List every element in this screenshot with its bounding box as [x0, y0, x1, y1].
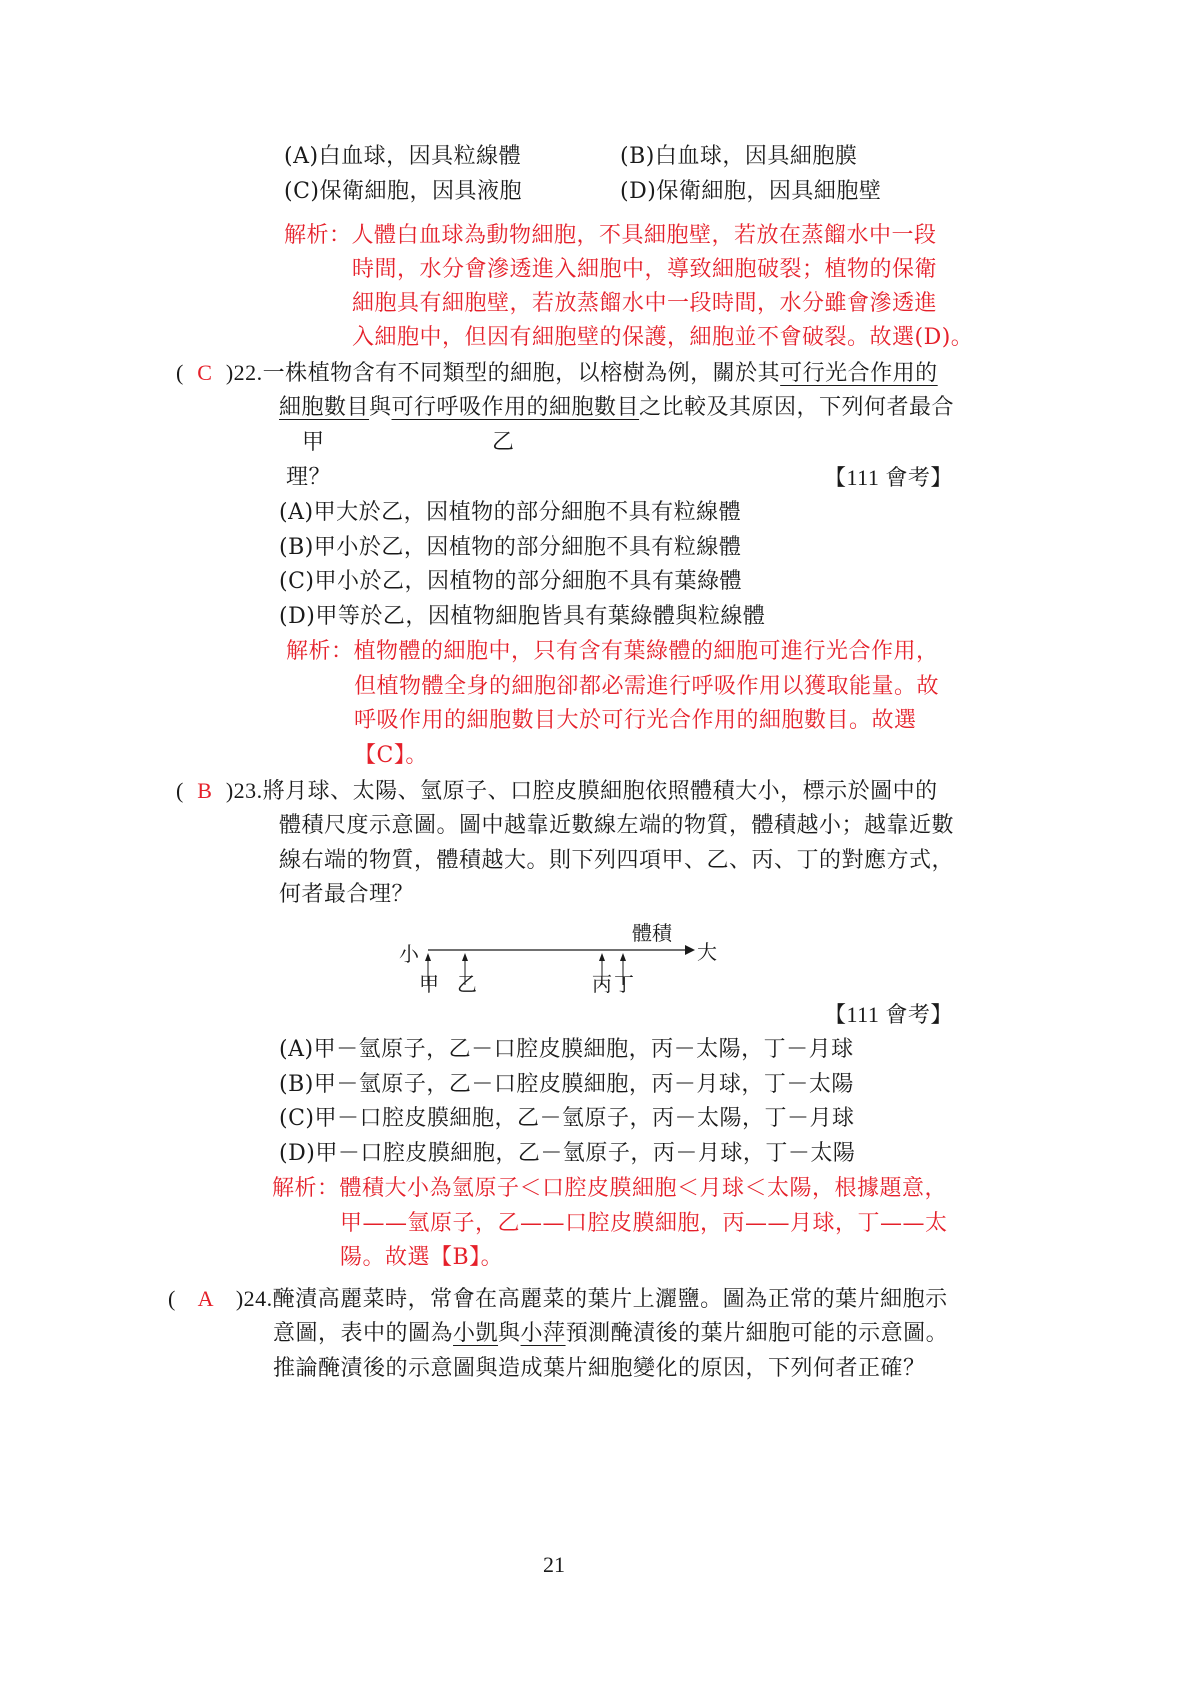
option-label: (B) [279, 1072, 314, 1097]
option-label: (B) [279, 535, 314, 560]
q22-option-a: (A)甲大於乙，因植物的部分細胞不具有粒線體 [279, 495, 741, 531]
marker-ding: 丁 [614, 972, 634, 996]
option-label: (C) [279, 569, 315, 594]
option-text: 白血球，因具細胞膜 [655, 144, 858, 169]
option-label: (D) [620, 179, 656, 204]
q22-question-line-3: 理？ [286, 460, 331, 496]
large-label: 大 [697, 940, 717, 964]
answer-badge: C [184, 355, 226, 391]
option-text: 甲小於乙，因植物的部分細胞不具有葉綠體 [315, 569, 743, 594]
q24-question-line-3: 推論醃漬後的示意圖與造成葉片細胞變化的原因，下列何者正確？ [273, 1351, 926, 1387]
q23-source: 【111 會考】 [824, 997, 953, 1033]
option-label: (B) [620, 144, 655, 169]
axis-title: 體積 [632, 921, 672, 945]
explanation-line: 但植物體全身的細胞卻都必需進行呼吸作用以獲取能量。故 [354, 669, 939, 705]
q24-question-line-1: (A)24.醃漬高麗菜時，常會在高麗菜的葉片上灑鹽。圖為正常的葉片細胞示 [168, 1281, 948, 1318]
answer-badge: B [184, 773, 226, 809]
q22-explanation: 解析：植物體的細胞中，只有含有葉綠體的細胞可進行光合作用， [286, 634, 939, 670]
option-label: (A) [279, 1037, 314, 1062]
arrow-right-icon [685, 945, 695, 955]
q21-option-d: (D)保衛細胞，因具細胞壁 [620, 174, 881, 210]
underlined-term-jia: 細胞數目 [279, 395, 369, 420]
q23-option-a: (A)甲－氫原子，乙－口腔皮膜細胞，丙－太陽，丁－月球 [279, 1032, 854, 1068]
question-text: 將月球、太陽、氫原子、口腔皮膜細胞依照體積大小，標示於圖中的 [263, 779, 938, 804]
option-label: (A) [284, 144, 319, 169]
answer-paren-close: ) [226, 778, 234, 803]
q23-question-line-1: (B)23.將月球、太陽、氫原子、口腔皮膜細胞依照體積大小，標示於圖中的 [176, 773, 938, 810]
answer-badge: A [176, 1281, 236, 1317]
answer-paren-open: ( [168, 1286, 176, 1311]
answer-paren-open: ( [176, 778, 184, 803]
marker-bing: 丙 [592, 972, 612, 996]
q22-question-line-1: (C)22.一株植物含有不同類型的細胞，以榕樹為例，關於其可行光合作用的 [176, 355, 938, 392]
explanation-line: 【C】。 [354, 738, 428, 774]
explanation-label: 解析： [286, 639, 354, 664]
explanation-line: 細胞具有細胞壁，若放蒸餾水中一段時間，水分雖會滲透進 [352, 286, 937, 322]
marker-yi: 乙 [457, 972, 477, 996]
small-label: 小 [399, 942, 419, 966]
option-text: 白血球，因具粒線體 [319, 144, 522, 169]
question-text: 預測醃漬後的葉片細胞可能的示意圖。 [566, 1321, 949, 1346]
option-text: 甲－氫原子，乙－口腔皮膜細胞，丙－月球，丁－太陽 [314, 1072, 854, 1097]
q22-source: 【111 會考】 [824, 460, 953, 496]
underlined-name-xiaoping: 小萍 [521, 1321, 566, 1346]
page-number: 21 [543, 1552, 565, 1578]
option-text: 甲小於乙，因植物的部分細胞不具有粒線體 [314, 535, 742, 560]
option-text: 甲－口腔皮膜細胞，乙－氫原子，丙－月球，丁－太陽 [315, 1141, 855, 1166]
question-text: 一株植物含有不同類型的細胞，以榕樹為例，關於其 [263, 361, 781, 386]
q21-option-c: (C)保衛細胞，因具液胞 [284, 174, 522, 210]
explanation-line: 陽。故選【B】。 [340, 1240, 503, 1276]
explanation-label: 解析： [272, 1176, 340, 1201]
option-text: 保衛細胞，因具細胞壁 [656, 179, 881, 204]
answer-paren-open: ( [176, 360, 184, 385]
question-text: 意圖，表中的圖為 [273, 1321, 453, 1346]
explanation-line: 呼吸作用的細胞數目大於可行光合作用的細胞數目。故選 [354, 703, 917, 739]
explanation-line: 體積大小為氫原子＜口腔皮膜細胞＜月球＜太陽，根據題意， [340, 1176, 948, 1201]
question-number: 22. [234, 360, 263, 385]
q22-option-c: (C)甲小於乙，因植物的部分細胞不具有葉綠體 [279, 564, 742, 600]
q24-question-line-2: 意圖，表中的圖為小凱與小萍預測醃漬後的葉片細胞可能的示意圖。 [273, 1316, 948, 1352]
q22-option-b: (B)甲小於乙，因植物的部分細胞不具有粒線體 [279, 530, 741, 566]
option-text: 甲－口腔皮膜細胞，乙－氫原子，丙－太陽，丁－月球 [315, 1106, 855, 1131]
option-label: (D) [279, 1141, 315, 1166]
explanation-label: 解析： [284, 223, 352, 248]
volume-scale-diagram: 體積 小 大 甲 乙 丙 丁 [395, 915, 725, 1000]
q21-option-a: (A)白血球，因具粒線體 [284, 139, 521, 175]
q21-explanation: 解析：人體白血球為動物細胞，不具細胞壁，若放在蒸餾水中一段 [284, 218, 937, 254]
q21-option-b: (B)白血球，因具細胞膜 [620, 139, 857, 175]
option-label: (C) [284, 179, 320, 204]
underlined-term-yi: 可行呼吸作用的細胞數目 [392, 395, 640, 420]
option-label: (C) [279, 1106, 315, 1131]
explanation-line: 植物體的細胞中，只有含有葉綠體的細胞可進行光合作用， [354, 639, 939, 664]
q22-question-line-2: 細胞數目與可行呼吸作用的細胞數目之比較及其原因，下列何者最合 [279, 390, 954, 426]
underlined-term: 可行光合作用的 [780, 361, 938, 386]
option-text: 甲等於乙，因植物細胞皆具有葉綠體與粒線體 [315, 604, 765, 629]
explanation-line: 時間，水分會滲透進入細胞中，導致細胞破裂；植物的保衛 [352, 252, 937, 288]
question-text: 體積尺度示意圖。圖中越靠近數線左端的物質，體積越小；越靠近數 [279, 808, 954, 844]
question-text: 與 [498, 1321, 521, 1346]
q23-option-c: (C)甲－口腔皮膜細胞，乙－氫原子，丙－太陽，丁－月球 [279, 1101, 855, 1137]
marker-jia: 甲 [419, 972, 439, 996]
explanation-line: 甲——氫原子，乙——口腔皮膜細胞，丙——月球，丁——太 [340, 1206, 948, 1242]
q23-explanation: 解析：體積大小為氫原子＜口腔皮膜細胞＜月球＜太陽，根據題意， [272, 1171, 947, 1207]
question-number: 23. [234, 778, 263, 803]
question-text: 之比較及其原因，下列何者最合 [639, 395, 954, 420]
answer-paren-close: ) [226, 360, 234, 385]
q22-option-d: (D)甲等於乙，因植物細胞皆具有葉綠體與粒線體 [279, 599, 765, 635]
option-text: 保衛細胞，因具液胞 [320, 179, 523, 204]
question-text: 與 [369, 395, 392, 420]
number-line-graphic [395, 915, 725, 1000]
underlined-name-xiaokai: 小凱 [453, 1321, 498, 1346]
option-label: (D) [279, 604, 315, 629]
mark-jia: 甲 [302, 425, 325, 461]
q23-option-d: (D)甲－口腔皮膜細胞，乙－氫原子，丙－月球，丁－太陽 [279, 1136, 855, 1172]
option-text: 甲－氫原子，乙－口腔皮膜細胞，丙－太陽，丁－月球 [314, 1037, 854, 1062]
question-text: 線右端的物質，體積越大。則下列四項甲、乙、丙、丁的對應方式， [279, 843, 954, 879]
option-label: (A) [279, 500, 314, 525]
question-number: )24. [236, 1286, 273, 1311]
explanation-line: 入細胞中，但因有細胞壁的保護，細胞並不會破裂。故選(D)。 [352, 320, 973, 356]
mark-yi: 乙 [492, 425, 515, 461]
explanation-line: 人體白血球為動物細胞，不具細胞壁，若放在蒸餾水中一段 [352, 223, 937, 248]
question-text: 何者最合理？ [279, 877, 414, 913]
q23-option-b: (B)甲－氫原子，乙－口腔皮膜細胞，丙－月球，丁－太陽 [279, 1067, 854, 1103]
option-text: 甲大於乙，因植物的部分細胞不具有粒線體 [314, 500, 742, 525]
question-text: 醃漬高麗菜時，常會在高麗菜的葉片上灑鹽。圖為正常的葉片細胞示 [273, 1287, 948, 1312]
